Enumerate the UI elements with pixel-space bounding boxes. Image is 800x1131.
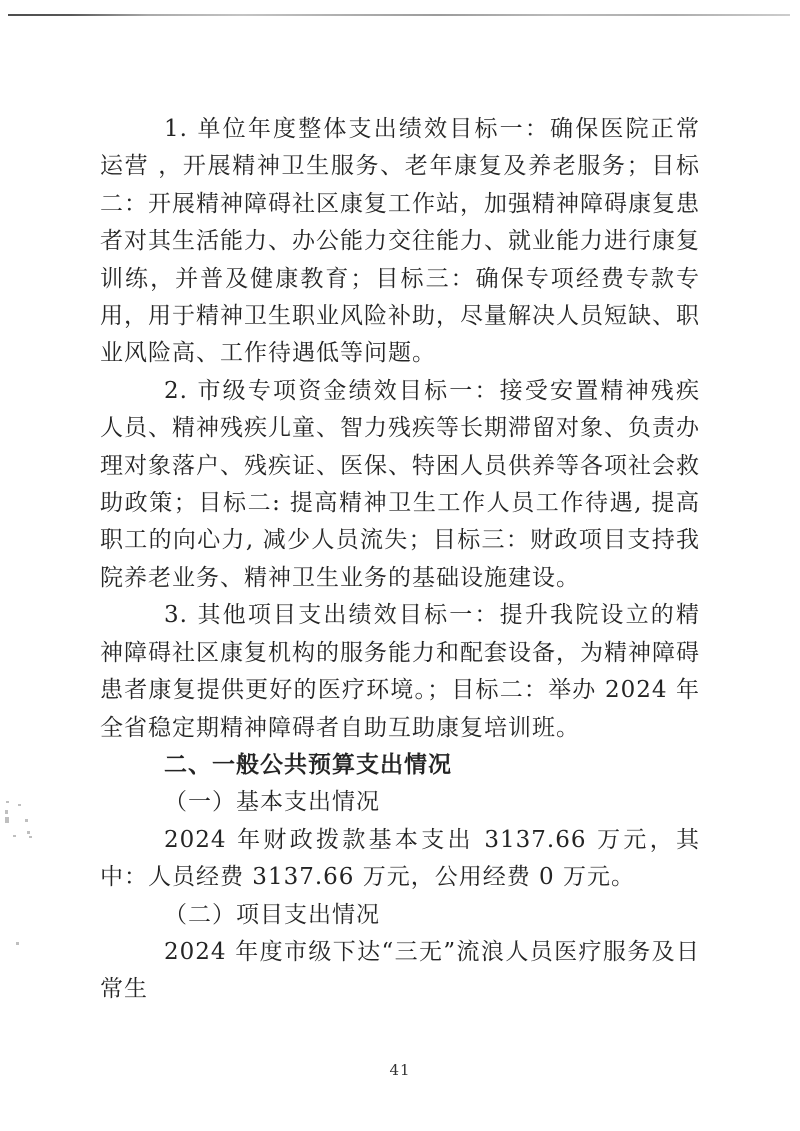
- scan-noise-dot: [5, 817, 9, 823]
- scan-noise-dot: [25, 819, 28, 822]
- subsection-heading-basic-expenditure: （一）基本支出情况: [100, 784, 700, 821]
- scan-noise-dot: [16, 942, 19, 945]
- paragraph-goal-other-projects: 3. 其他项目支出绩效目标一：提升我院设立的精神障碍社区康复机构的服务能力和配套…: [100, 597, 700, 747]
- scan-artifact-line: [8, 14, 790, 16]
- document-body: 1. 单位年度整体支出绩效目标一：确保医院正常运营 ，开展精神卫生服务、老年康复…: [100, 111, 700, 1009]
- page-number: 41: [0, 1061, 800, 1079]
- scan-noise-dot: [6, 801, 9, 803]
- paragraph-basic-expenditure-detail: 2024 年财政拨款基本支出 3137.66 万元，其中：人员经费 3137.6…: [100, 822, 700, 897]
- document-page: 1. 单位年度整体支出绩效目标一：确保医院正常运营 ，开展精神卫生服务、老年康复…: [0, 0, 800, 1131]
- paragraph-goal-city-special-fund: 2. 市级专项资金绩效目标一：接受安置精神残疾人员、精神残疾儿童、智力残疾等长期…: [100, 373, 700, 597]
- paragraph-goal-unit-annual: 1. 单位年度整体支出绩效目标一：确保医院正常运营 ，开展精神卫生服务、老年康复…: [100, 111, 700, 373]
- section-heading-general-public-budget: 二、一般公共预算支出情况: [100, 747, 700, 784]
- scan-noise-dot: [29, 836, 32, 838]
- scan-noise-dot: [5, 810, 8, 814]
- subsection-heading-project-expenditure: （二）项目支出情况: [100, 897, 700, 934]
- paragraph-project-expenditure-detail: 2024 年度市级下达“三无”流浪人员医疗服务及日常生: [100, 934, 700, 1009]
- scan-noise-dot: [13, 835, 16, 837]
- scan-noise-dot: [27, 831, 30, 834]
- scan-noise-dot: [18, 804, 21, 806]
